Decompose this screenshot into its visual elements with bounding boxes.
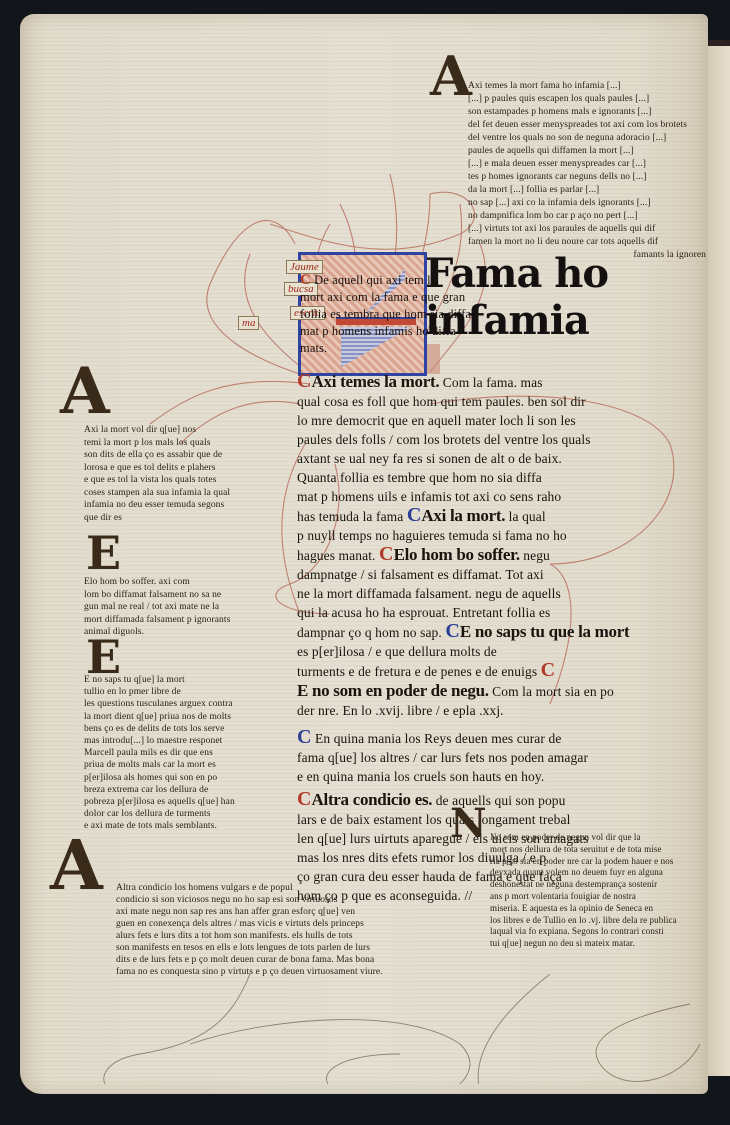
calligraphic-initial-n: N (450, 800, 487, 847)
calligraphic-initial-e: E (86, 526, 121, 580)
manuscript-page: Jaume bucsa escriu ma Fama ho infamia C … (20, 14, 708, 1094)
gloss-left-1: Axi la mort vol dir q[ue] nos temi la mo… (84, 424, 284, 524)
main-text-column: CAxi temes la mort. Com la fama. mas qua… (297, 372, 677, 905)
gloss-top-right: Axi temes la mort fama ho infamia [...] … (468, 80, 706, 262)
calligraphic-initial-a: A (60, 354, 110, 429)
gloss-bottom-right: No som en poder de negun vol dir que la … (490, 832, 705, 950)
calligraphic-initial-a: A (50, 826, 103, 906)
gloss-bottom-left: Altra condicio los homens vulgars e de p… (116, 882, 476, 978)
gloss-left-3: E no saps tu q[ue] la mort tullio en lo … (84, 674, 284, 833)
calligraphic-initial-a: A (430, 44, 472, 108)
chapter-intro: C De aquell qui axi tem la mort axi com … (300, 272, 471, 357)
ink-flourish-icon (80, 974, 700, 1084)
scroll-label: ma (238, 316, 259, 330)
